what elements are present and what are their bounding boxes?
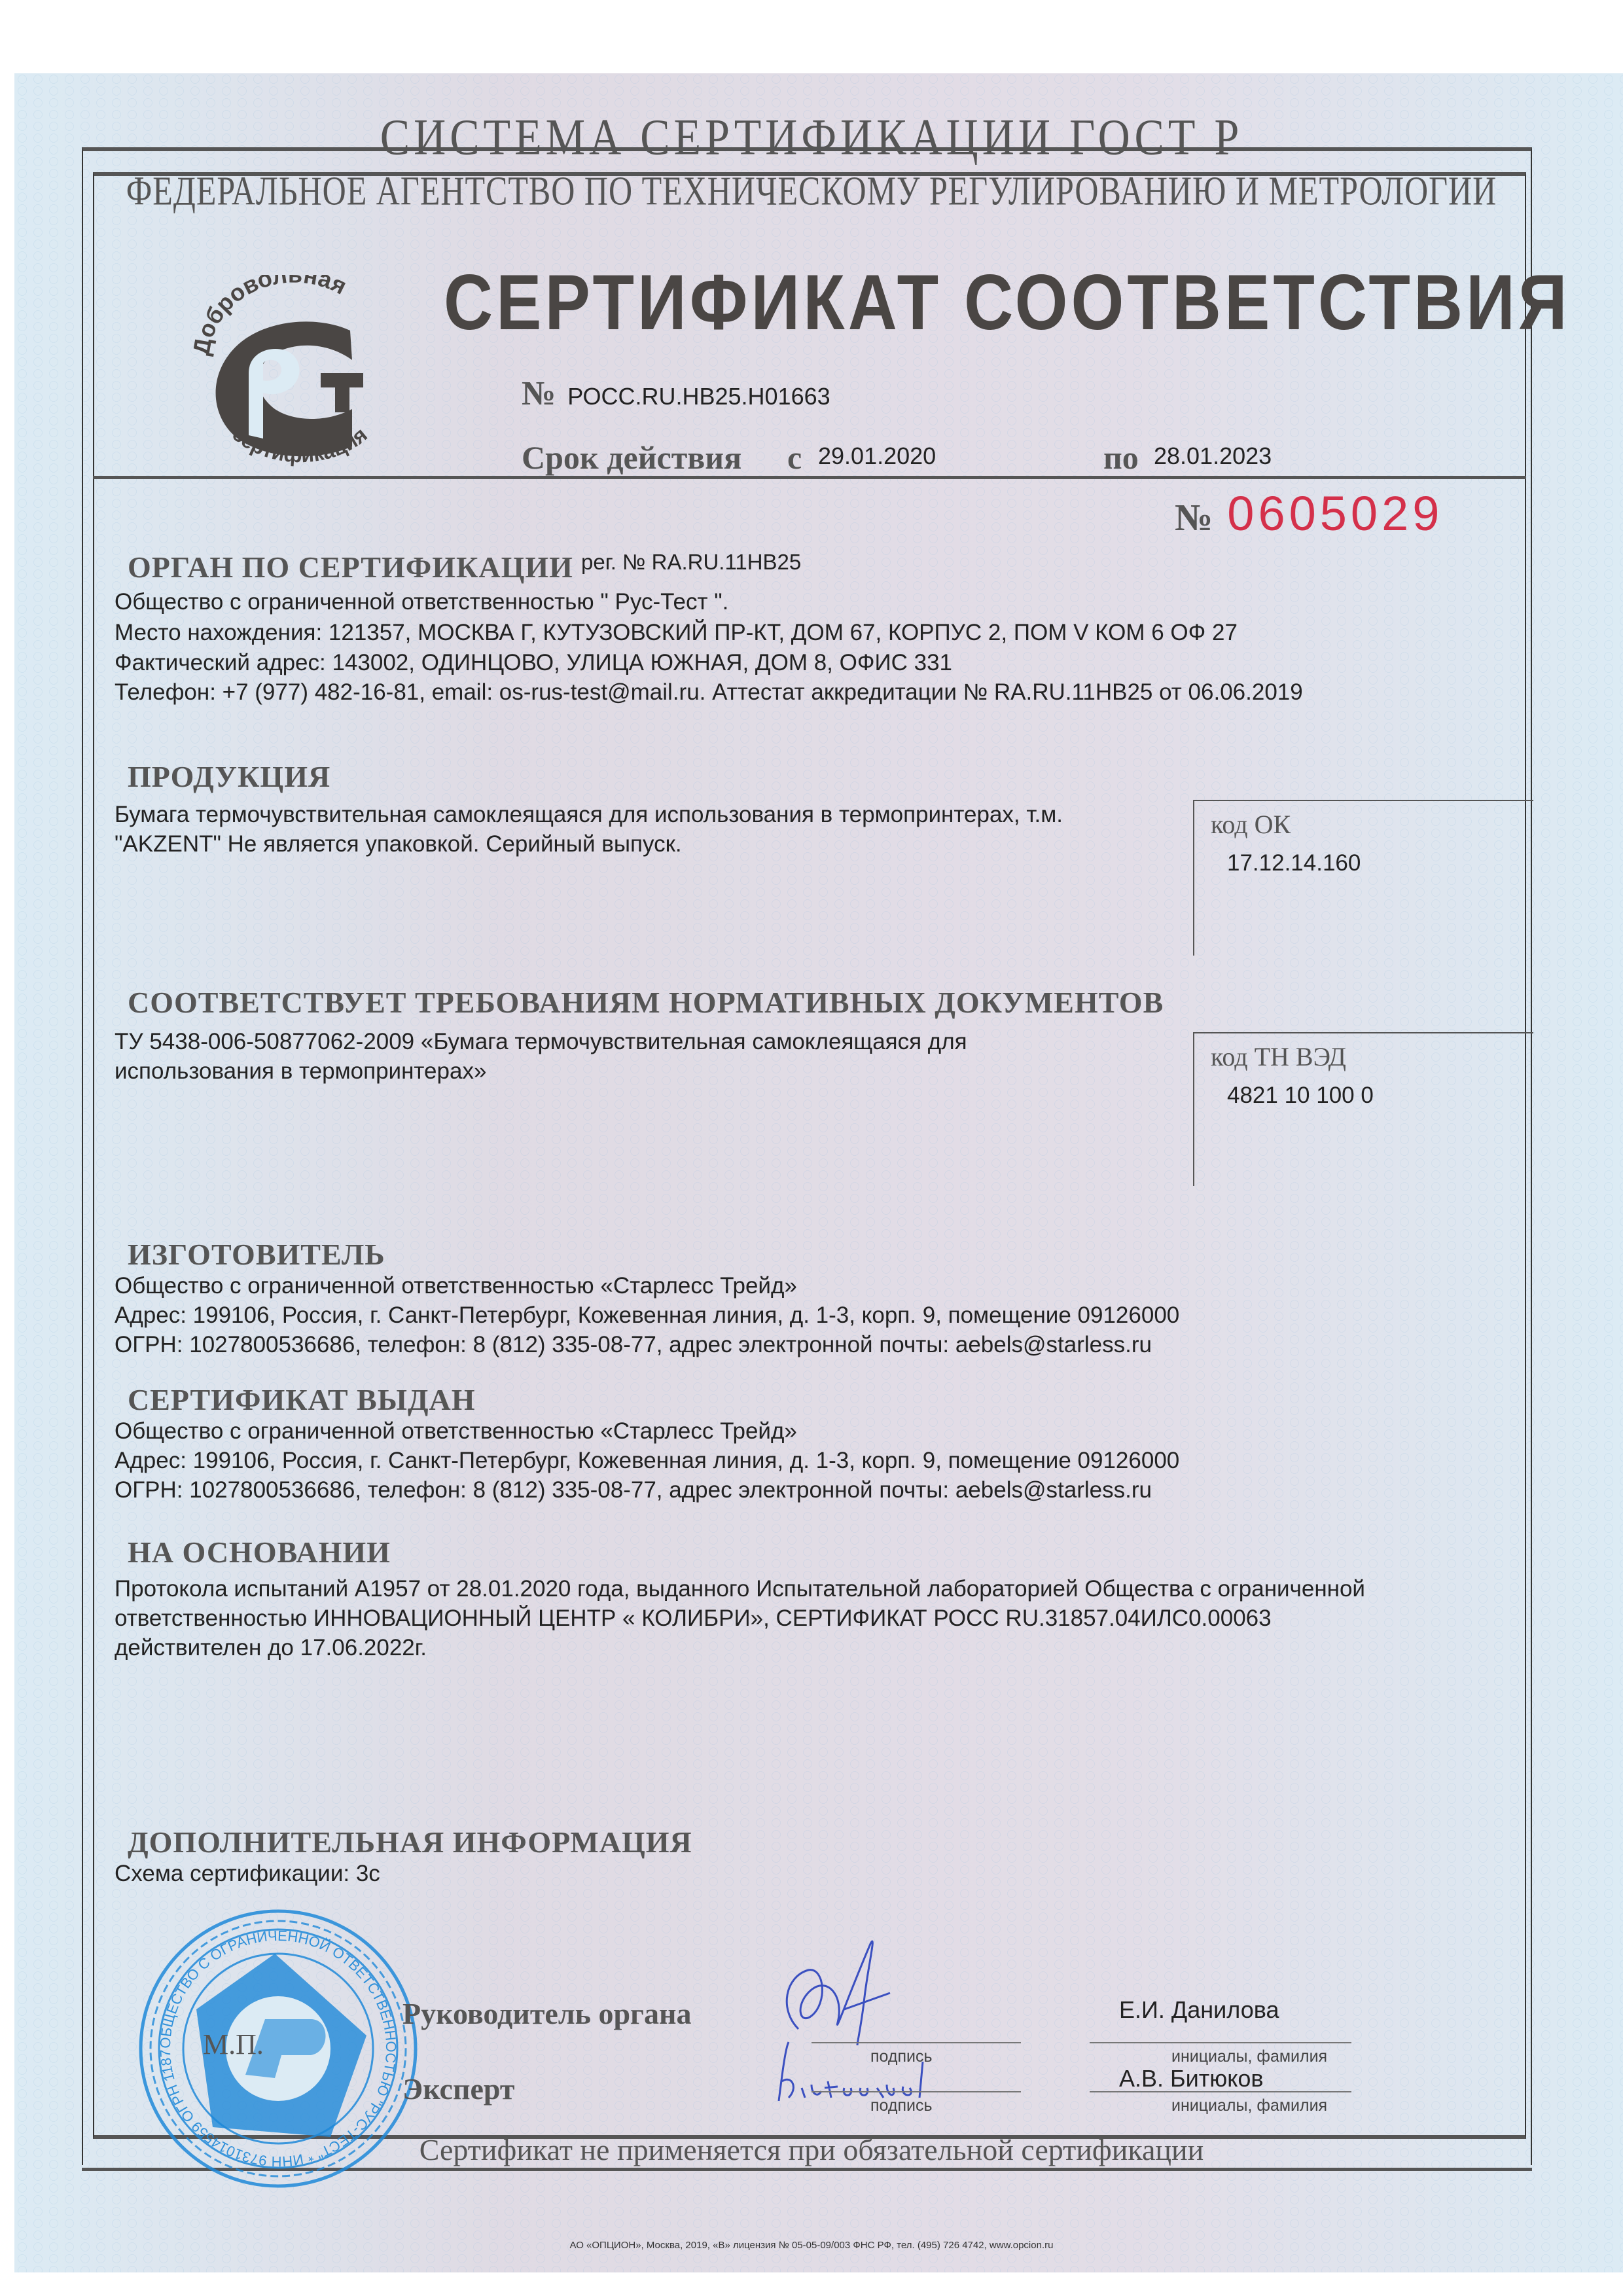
- conformity-heading: СООТВЕТСТВУЕТ ТРЕБОВАНИЯМ НОРМАТИВНЫХ ДО…: [128, 985, 1164, 1020]
- certification-body-reg-number: рег. № RA.RU.11НВ25: [581, 550, 801, 575]
- conformity-line: ТУ 5438-006-50877062-2009 «Бумага термоч…: [115, 1029, 967, 1055]
- form-serial-number: 0605029: [1227, 486, 1443, 541]
- conformity-line: использования в термопринтерах»: [115, 1058, 486, 1085]
- manufacturer-heading: ИЗГОТОВИТЕЛЬ: [128, 1237, 385, 1272]
- issued-to-heading: СЕРТИФИКАТ ВЫДАН: [128, 1382, 476, 1417]
- certificate-number-row: № РОСС.RU.НВ25.Н01663: [522, 374, 830, 413]
- seal-place-label: М.П.: [203, 2028, 264, 2061]
- certificate-number: РОСС.RU.НВ25.Н01663: [567, 383, 830, 410]
- system-title: СИСТЕМА СЕРТИФИКАЦИИ ГОСТ Р: [0, 107, 1623, 167]
- product-line: Бумага термочувствительная самоклеящаяся…: [115, 802, 1063, 828]
- manufacturer-line: ОГРН: 1027800536686, телефон: 8 (812) 33…: [115, 1332, 1152, 1358]
- manufacturer-line: Адрес: 199106, Россия, г. Санкт-Петербур…: [115, 1302, 1179, 1329]
- head-signature-icon: [772, 1931, 916, 2052]
- additional-info-line: Схема сертификации: 3с: [115, 1861, 380, 1887]
- expert-signature-line: [811, 2091, 1021, 2092]
- number-sign: №: [522, 375, 556, 412]
- additional-info-heading: ДОПОЛНИТЕЛЬНАЯ ИНФОРМАЦИЯ: [128, 1825, 692, 1859]
- form-number-row: № 0605029: [1175, 486, 1443, 541]
- product-heading: ПРОДУКЦИЯ: [128, 759, 330, 794]
- issued-to-line: Адрес: 199106, Россия, г. Санкт-Петербур…: [115, 1448, 1179, 1474]
- validity-to-date: 28.01.2023: [1154, 442, 1272, 470]
- head-name-caption: инициалы, фамилия: [1171, 2047, 1327, 2066]
- expert-name: А.В. Битюков: [1119, 2065, 1264, 2092]
- tnved-code-box: код ТН ВЭД 4821 10 100 0: [1193, 1032, 1533, 1186]
- certification-body-line: Общество с ограниченной ответственностью…: [115, 589, 728, 615]
- expert-signature-caption: подпись: [870, 2096, 933, 2115]
- basis-line: действителен до 17.06.2022г.: [115, 1635, 427, 1661]
- rst-voluntary-certification-logo-icon: Добровольная сертификация: [183, 275, 406, 471]
- validity-label: Срок действия: [522, 439, 741, 476]
- printer-imprint: АО «ОПЦИОН», Москва, 2019, «В» лицензия …: [0, 2240, 1623, 2251]
- tnved-code-value: 4821 10 100 0: [1227, 1083, 1374, 1109]
- validity-to-label: по: [1103, 439, 1139, 476]
- expert-name-line: [1090, 2091, 1351, 2092]
- okpd-code-box: код ОК 17.12.14.160: [1193, 800, 1533, 956]
- issued-to-line: Общество с ограниченной ответственностью…: [115, 1418, 797, 1444]
- okpd-code-value: 17.12.14.160: [1227, 850, 1361, 876]
- head-name-line: [1090, 2042, 1351, 2043]
- basis-heading: НА ОСНОВАНИИ: [128, 1535, 391, 1570]
- validity-from-date: 29.01.2020: [818, 442, 936, 470]
- validity-from-label: с: [787, 439, 802, 476]
- okpd-code-label: код ОК: [1211, 809, 1291, 840]
- head-role-label: Руководитель органа: [402, 1996, 691, 2031]
- agency-title: ФЕДЕРАЛЬНОЕ АГЕНТСТВО ПО ТЕХНИЧЕСКОМУ РЕ…: [0, 167, 1623, 215]
- expert-role-label: Эксперт: [402, 2072, 514, 2106]
- expert-name-caption: инициалы, фамилия: [1171, 2096, 1327, 2115]
- form-number-sign: №: [1175, 496, 1213, 539]
- basis-line: ответственностью ИННОВАЦИОННЫЙ ЦЕНТР « К…: [115, 1605, 1272, 1632]
- certification-body-line: Телефон: +7 (977) 482-16-81, email: os-r…: [115, 679, 1303, 706]
- certification-body-heading: ОРГАН ПО СЕРТИФИКАЦИИ: [128, 550, 573, 584]
- certification-body-line: Место нахождения: 121357, МОСКВА Г, КУТУ…: [115, 620, 1238, 646]
- certification-body-line: Фактический адрес: 143002, ОДИНЦОВО, УЛИ…: [115, 650, 952, 676]
- basis-line: Протокола испытаний А1957 от 28.01.2020 …: [115, 1576, 1365, 1602]
- voluntary-notice: Сертификат не применяется при обязательн…: [0, 2132, 1623, 2167]
- head-name: Е.И. Данилова: [1119, 1996, 1279, 2024]
- header-divider: [93, 476, 1526, 479]
- manufacturer-line: Общество с ограниченной ответственностью…: [115, 1273, 797, 1299]
- tnved-code-label: код ТН ВЭД: [1211, 1041, 1346, 1072]
- product-line: "AKZENT" Не является упаковкой. Серийный…: [115, 831, 682, 857]
- issued-to-line: ОГРН: 1027800536686, телефон: 8 (812) 33…: [115, 1477, 1152, 1503]
- document-title: СЕРТИФИКАТ СООТВЕТСТВИЯ: [444, 259, 1571, 348]
